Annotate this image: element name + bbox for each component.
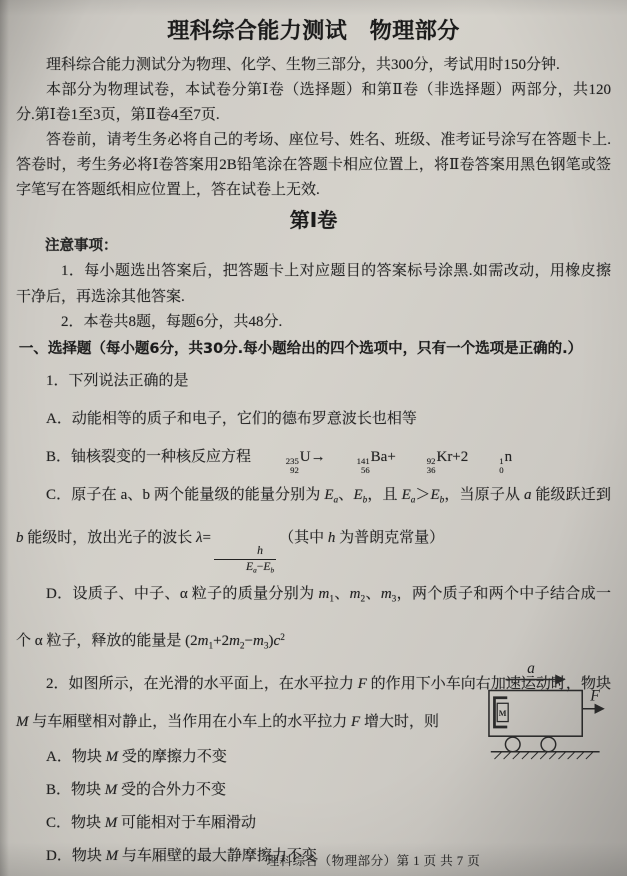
accel-label: a <box>527 660 535 677</box>
intro-paragraph-1: 理科综合能力测试分为物理、化学、生物三部分，共300分，考试用时150分钟. <box>16 53 611 78</box>
block-label: M <box>499 709 507 718</box>
q2-option-b: B．物块 M 受的合外力不变 <box>16 774 611 807</box>
wheel-right-icon <box>541 737 556 752</box>
part-1-heading: 一、选择题（每小题6分，共30分.每小题给出的四个选项中，只有一个选项是正确的.… <box>16 336 611 362</box>
q1-option-c: C．原子在 a、b 两个能量级的能量分别为 Ea、Eb，且 Ea＞Eb，当原子从… <box>16 476 611 576</box>
ground-hatching <box>494 752 593 759</box>
wheel-left-icon <box>505 737 520 752</box>
force-label: F <box>589 688 600 705</box>
q1-option-a: A．动能相等的质子和电子，它们的德布罗意波长也相等 <box>16 400 611 438</box>
q2-option-c: C．物块 M 可能相对于车厢滑动 <box>16 807 611 840</box>
section-1-heading: 第Ⅰ卷 <box>16 207 611 233</box>
intro-paragraph-2: 本部分为物理试卷，本试卷分第Ⅰ卷（选择题）和第Ⅱ卷（非选择题）两部分，共120分… <box>16 78 611 128</box>
q1-option-b: B．铀核裂变的一种核反应方程 23592U→14156Ba+9236Kr+210… <box>16 438 611 476</box>
page-footer: 理科综合（物理部分）第 1 页 共 7 页 <box>0 851 627 869</box>
q1-stem: 1．下列说法正确的是 <box>16 362 611 400</box>
cart-figure: a M F <box>478 660 606 774</box>
q1-option-d: D．设质子、中子、α 粒子的质量分别为 m1、m2、m3，两个质子和两个中子结合… <box>16 575 611 665</box>
intro-paragraph-3: 答卷前，请考生务必将自己的考场、座位号、姓名、班级、准考证号涂写在答题卡上.答卷… <box>16 128 611 203</box>
question-1: 1．下列说法正确的是 A．动能相等的质子和电子，它们的德布罗意波长也相等 B．铀… <box>16 362 611 665</box>
note-item-2: 2．本卷共8题，每题6分，共48分. <box>16 310 611 336</box>
exam-page: 理科综合能力测试 物理部分 理科综合能力测试分为物理、化学、生物三部分，共300… <box>0 0 627 876</box>
page-title: 理科综合能力测试 物理部分 <box>16 14 611 45</box>
notes-title: 注意事项： <box>16 233 611 259</box>
note-item-1: 1．每小题选出答案后，把答题卡上对应题目的答案标号涂黑.如需改动，用橡皮擦干净后… <box>16 259 611 310</box>
